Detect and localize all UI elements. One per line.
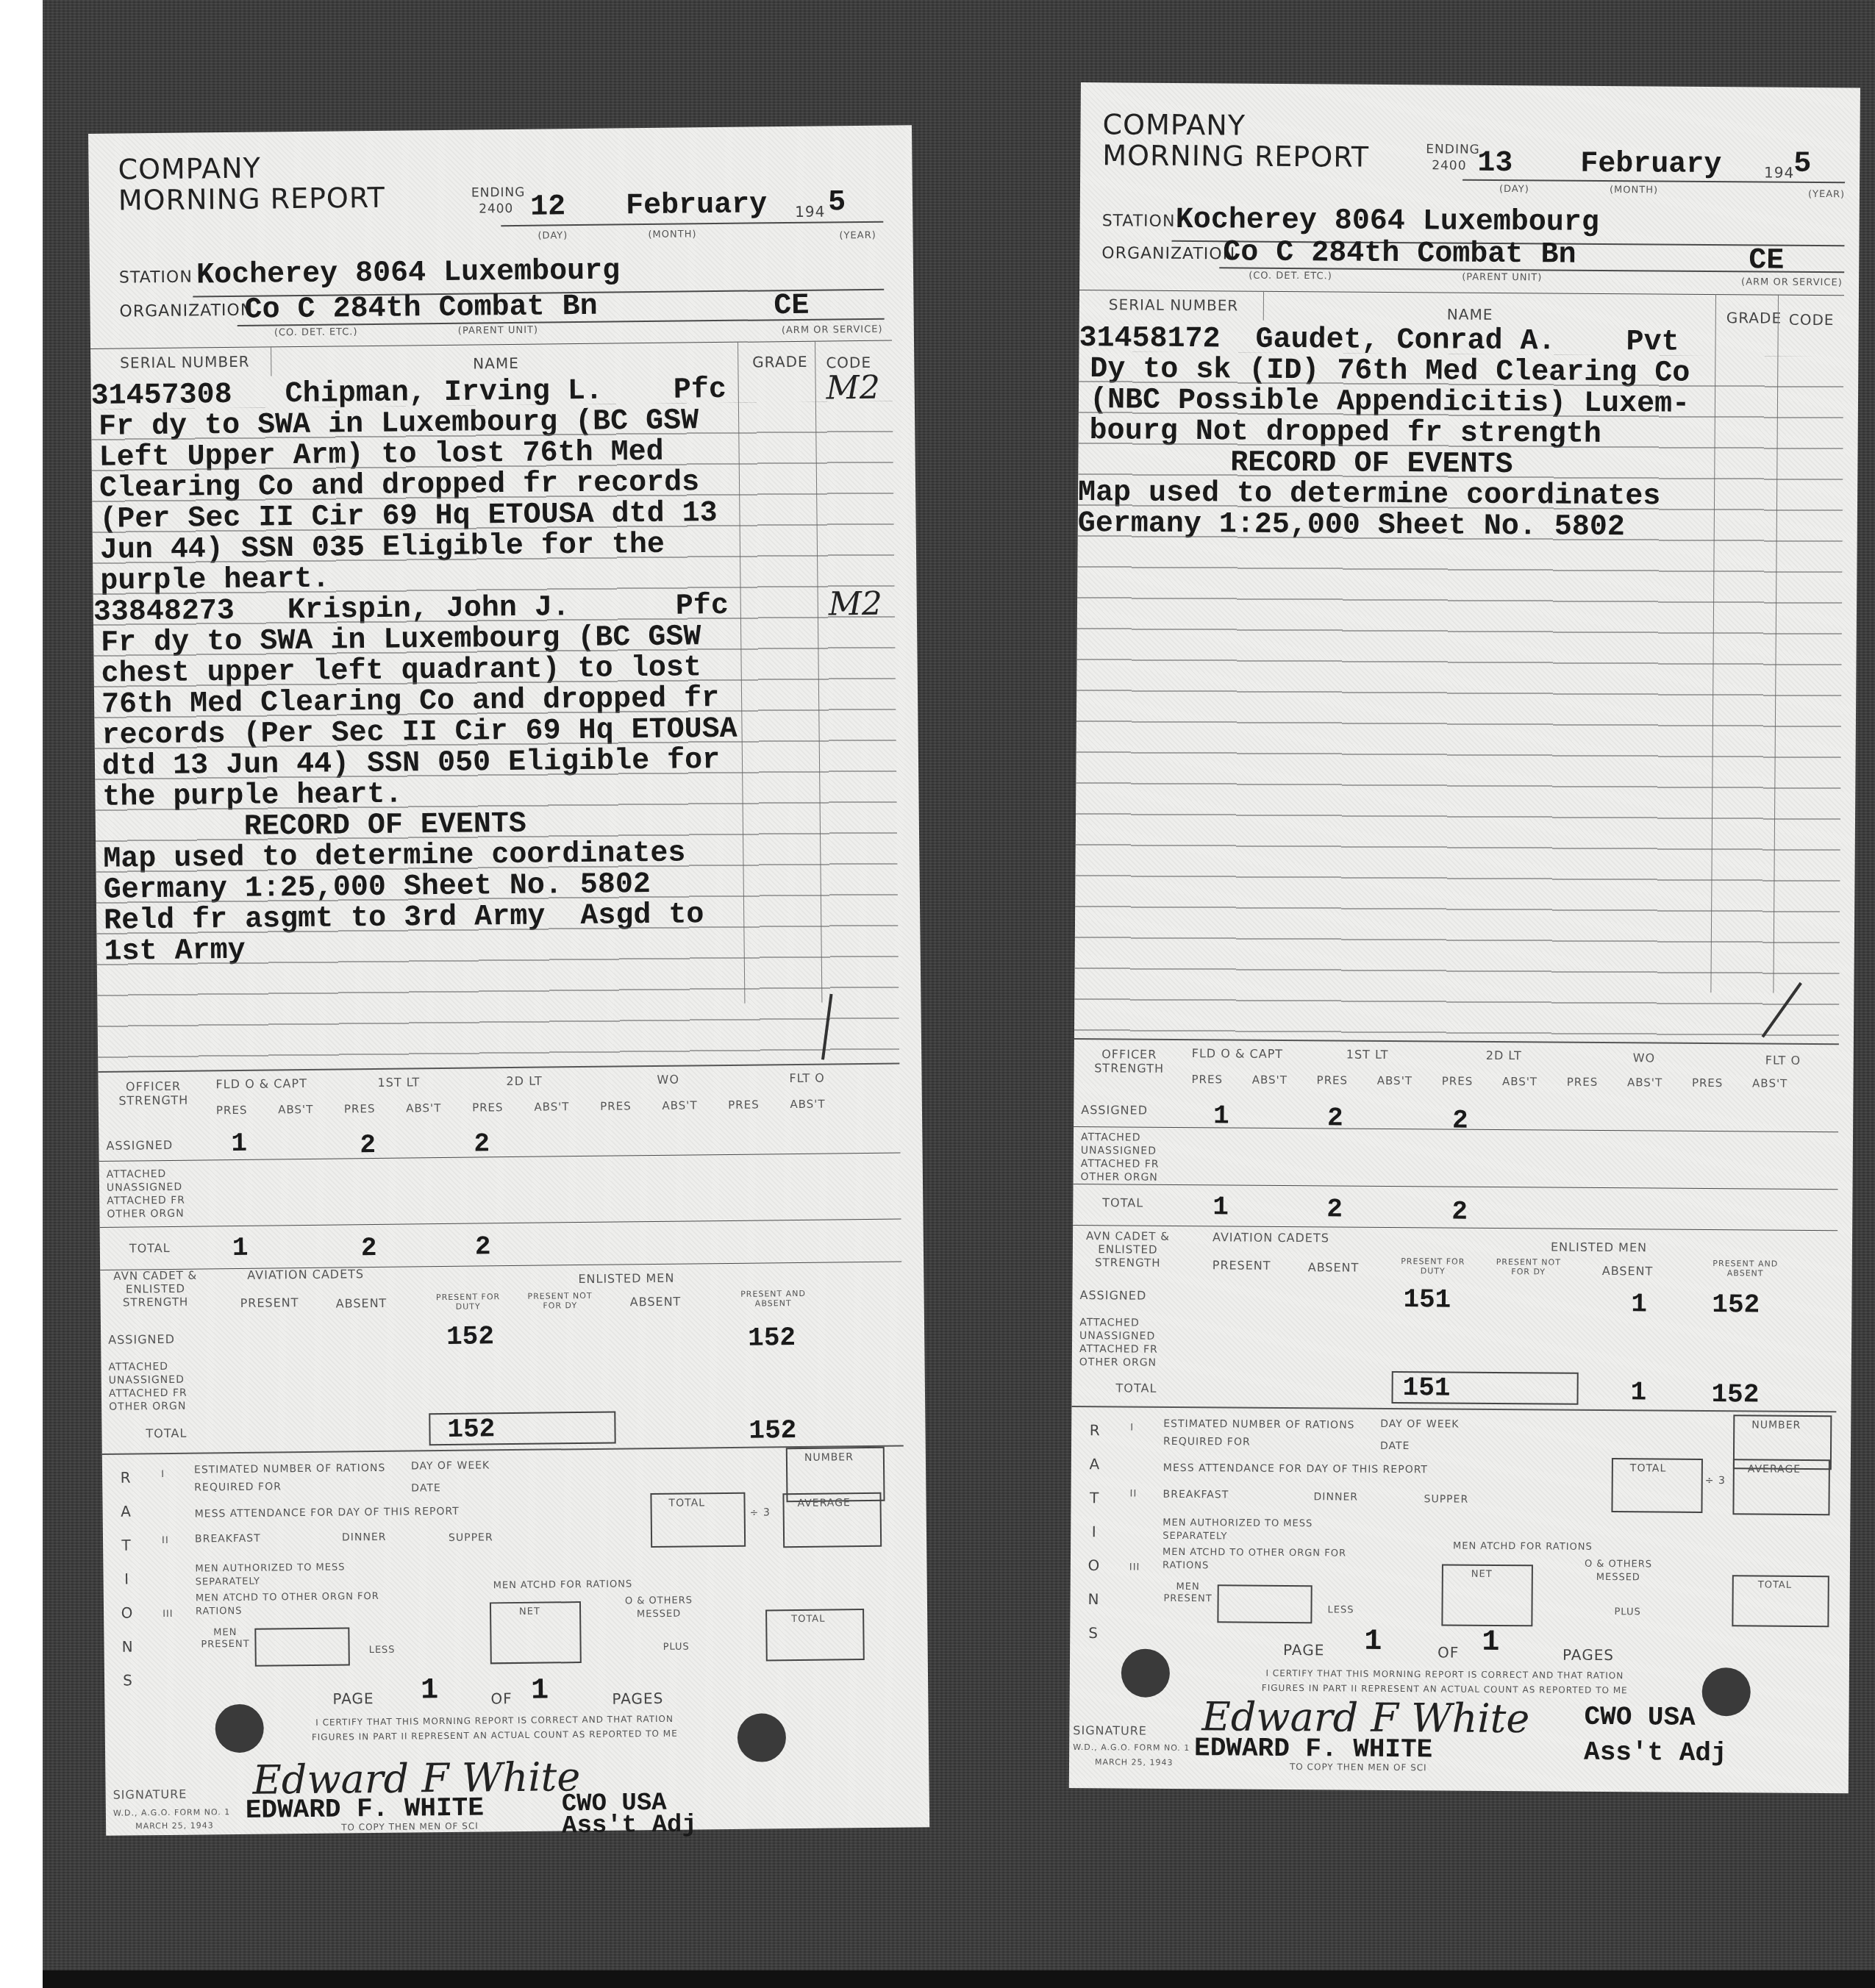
of-label: OF — [490, 1690, 512, 1707]
col-name: NAME — [1447, 305, 1493, 323]
number-label: NUMBER — [804, 1451, 854, 1464]
rations-section: RATIONS I II III ESTIMATED NUMBER OF RAT… — [1070, 1406, 1836, 1626]
page-number: 1 — [421, 1674, 438, 1707]
dinner-label: DINNER — [342, 1531, 387, 1544]
row-assigned-label: ASSIGNED — [1081, 1103, 1148, 1118]
punch-hole — [1702, 1667, 1751, 1716]
average-label: AVERAGE — [1748, 1463, 1801, 1476]
date-label: DATE — [1380, 1440, 1410, 1452]
col-present-and-absent: PRESENT AND ABSENT — [733, 1289, 814, 1309]
of-label: OF — [1437, 1643, 1459, 1661]
mess-total-label: TOTAL — [668, 1497, 705, 1509]
enl-row-assigned-label: ASSIGNED — [1079, 1288, 1146, 1303]
o-others-messed-label: O & OTHERS MESSED — [611, 1594, 707, 1621]
rations-section-i: I — [1130, 1423, 1134, 1434]
year-prefix: 194 — [795, 203, 825, 221]
col-name: NAME — [473, 354, 519, 373]
ending-label: ENDING — [471, 185, 526, 201]
morning-report-card-feb-12: COMPANY MORNING REPORT ENDING 2400 12 Fe… — [88, 125, 929, 1836]
supper-label: SUPPER — [1424, 1493, 1469, 1505]
rations-total-label: TOTAL — [791, 1614, 825, 1625]
day-of-week-label: DAY OF WEEK — [1380, 1418, 1459, 1431]
punch-hole — [215, 1704, 264, 1753]
enl-row-attached-label: ATTACHED UNASSIGNED ATTACHED FR OTHER OR… — [1079, 1316, 1190, 1370]
org-caption-unit: (CO. DET. ETC.) — [274, 326, 358, 338]
col-serial-number: SERIAL NUMBER — [120, 353, 250, 372]
rations-total-label: TOTAL — [1758, 1579, 1792, 1590]
col-present-not-for-dy: PRESENT NOT FOR DY — [1492, 1257, 1565, 1277]
punch-hole — [1121, 1648, 1170, 1697]
ending-label: ENDING — [1426, 142, 1480, 157]
officer-assigned-2lt-pres: 2 — [1452, 1106, 1468, 1136]
year-caption: (YEAR) — [839, 230, 876, 242]
organization-value: Co C 284th Combat Bn — [1223, 236, 1576, 271]
row-total-label: TOTAL — [1102, 1195, 1143, 1209]
estimated-rations-label: ESTIMATED NUMBER OF RATIONS REQUIRED FOR — [1163, 1415, 1369, 1452]
day-of-week-label: DAY OF WEEK — [411, 1459, 490, 1472]
mess-total-label: TOTAL — [1630, 1462, 1667, 1474]
enl-assigned-present-for-duty: 152 — [446, 1321, 494, 1352]
group-wo: WO — [657, 1073, 679, 1087]
pages-label: PAGES — [1562, 1646, 1614, 1664]
enlisted-strength-table: AVN CADET & ENLISTED STRENGTH AVIATION C… — [100, 1262, 904, 1450]
year-caption: (YEAR) — [1808, 189, 1845, 200]
supper-label: SUPPER — [449, 1531, 493, 1544]
signer-caption: TO COPY THEN MEN OF SCI — [341, 1821, 479, 1833]
group-2d-lt: 2D LT — [1486, 1048, 1522, 1062]
men-present-label: MEN PRESENT — [1162, 1581, 1214, 1605]
rations-side-label: RATIONS — [118, 1460, 135, 1697]
day-caption: (DAY) — [537, 230, 568, 241]
organization-label: ORGANIZATION — [1101, 244, 1235, 263]
plus-label: PLUS — [1614, 1606, 1640, 1617]
page-number: 1 — [1364, 1626, 1382, 1659]
group-wo: WO — [1633, 1051, 1656, 1065]
enlisted-strength-header: AVN CADET & ENLISTED STRENGTH — [107, 1268, 204, 1309]
enlisted-men-header: ENLISTED MEN — [578, 1271, 674, 1286]
men-authorized-label: MEN AUTHORIZED TO MESS SEPARATELY — [195, 1561, 386, 1590]
men-present-label: MEN PRESENT — [199, 1627, 251, 1651]
enl-total-present-and-absent: 152 — [749, 1415, 796, 1446]
officer-assigned-fld-pres: 1 — [231, 1129, 247, 1159]
less-label: LESS — [1327, 1604, 1354, 1615]
col-absent: ABSENT — [336, 1296, 387, 1311]
col-present: PRESENT — [240, 1295, 299, 1310]
enl-assigned-absent: 1 — [1631, 1289, 1647, 1319]
row-assigned-label: ASSIGNED — [106, 1138, 173, 1153]
o-others-messed-label: O & OTHERS MESSED — [1571, 1558, 1666, 1585]
men-atchd-other-label: MEN ATCHD TO OTHER ORGN FOR RATIONS — [196, 1590, 387, 1619]
form-date: MARCH 25, 1943 — [1095, 1757, 1174, 1767]
arm-or-service: CE — [1749, 244, 1784, 277]
arm-or-service: CE — [774, 290, 809, 323]
rations-section-ii: II — [162, 1535, 169, 1546]
signer-name: EDWARD F. WHITE — [1194, 1733, 1432, 1764]
month-caption: (MONTH) — [1610, 185, 1658, 196]
report-year-digit: 5 — [1793, 148, 1811, 181]
station-label: STATION — [1102, 212, 1176, 231]
enl-row-total-label: TOTAL — [146, 1426, 187, 1441]
form-date: MARCH 25, 1943 — [135, 1820, 214, 1831]
punch-hole — [737, 1713, 787, 1762]
enlisted-men-header: ENLISTED MEN — [1551, 1240, 1647, 1254]
officer-total-2lt-pres: 2 — [1451, 1197, 1468, 1227]
divide-by-three: ÷ 3 — [1705, 1475, 1726, 1487]
pres-abst-subheaders: PRES ABS'T PRES ABS'T PRES ABS'T PRES AB… — [216, 1098, 826, 1118]
mess-attendance-label: MESS ATTENDANCE FOR DAY OF THIS REPORT — [195, 1506, 460, 1520]
net-label: NET — [1471, 1569, 1493, 1580]
men-atchd-for-rations-label: MEN ATCHD FOR RATIONS — [1453, 1541, 1593, 1553]
rations-section-ii: II — [1130, 1489, 1137, 1500]
row-attached-label: ATTACHED UNASSIGNED ATTACHED FR OTHER OR… — [1081, 1131, 1191, 1184]
rations-section-iii: III — [1129, 1562, 1140, 1573]
group-fld-o-capt: FLD O & CAPT — [1192, 1046, 1283, 1061]
month-caption: (MONTH) — [648, 229, 696, 240]
signer-title: Ass't Adj — [562, 1811, 697, 1840]
men-atchd-for-rations-label: MEN ATCHD FOR RATIONS — [493, 1578, 633, 1591]
men-present-box — [254, 1627, 350, 1666]
breakfast-label: BREAKFAST — [1163, 1489, 1229, 1501]
ending-time: 2400 — [479, 201, 513, 216]
org-caption-arm: (ARM OR SERVICE) — [1741, 276, 1843, 288]
mess-attendance-label: MESS ATTENDANCE FOR DAY OF THIS REPORT — [1163, 1462, 1428, 1476]
form-title-company: COMPANY — [118, 153, 261, 185]
group-1st-lt: 1ST LT — [377, 1075, 420, 1090]
rations-section-iii: III — [162, 1609, 174, 1620]
officer-total-fld-pres: 1 — [232, 1233, 249, 1263]
report-month: February — [1580, 148, 1721, 182]
men-authorized-label: MEN AUTHORIZED TO MESS SEPARATELY — [1162, 1517, 1354, 1545]
morning-report-card-feb-13: COMPANY MORNING REPORT ENDING 2400 13 Fe… — [1069, 82, 1860, 1793]
dinner-label: DINNER — [1314, 1491, 1359, 1503]
total-pages: 1 — [531, 1675, 549, 1708]
col-present-not-for-dy: PRESENT NOT FOR DY — [524, 1291, 597, 1311]
year-prefix: 194 — [1764, 163, 1794, 181]
form-title-company: COMPANY — [1102, 109, 1246, 140]
col-present-and-absent: PRESENT AND ABSENT — [1705, 1259, 1786, 1279]
col-grade: GRADE — [1726, 309, 1782, 327]
officer-strength-header: OFFICER STRENGTH — [1082, 1047, 1177, 1076]
enl-total-present-and-absent: 152 — [1711, 1379, 1759, 1409]
report-day: 12 — [530, 190, 565, 224]
group-1st-lt: 1ST LT — [1346, 1048, 1389, 1062]
pages-label: PAGES — [612, 1690, 663, 1708]
group-2d-lt: 2D LT — [506, 1074, 542, 1089]
officer-total-1lt-pres: 2 — [361, 1233, 377, 1263]
org-caption-parent: (PARENT UNIT) — [458, 325, 538, 337]
enl-assigned-present-and-absent: 152 — [748, 1323, 796, 1354]
org-caption-parent: (PARENT UNIT) — [1462, 272, 1542, 284]
aviation-cadets-header: AVIATION CADETS — [247, 1267, 364, 1282]
officer-total-2lt-pres: 2 — [475, 1231, 491, 1262]
officer-strength-header: OFFICER STRENGTH — [105, 1079, 201, 1107]
col-serial-number: SERIAL NUMBER — [1109, 296, 1239, 314]
col-present: PRESENT — [1212, 1258, 1271, 1273]
enl-row-total-label: TOTAL — [1116, 1381, 1157, 1395]
report-month: February — [626, 188, 767, 223]
entries-block: 31457308 Chipman, Irving L. Pfc Fr dy to… — [91, 372, 893, 380]
org-caption-unit: (CO. DET. ETC.) — [1249, 271, 1332, 282]
page-label: PAGE — [332, 1690, 374, 1708]
estimated-rations-label: ESTIMATED NUMBER OF RATIONS REQUIRED FOR — [194, 1459, 400, 1497]
day-caption: (DAY) — [1499, 184, 1529, 195]
enl-row-attached-label: ATTACHED UNASSIGNED ATTACHED FR OTHER OR… — [108, 1359, 219, 1414]
row-attached-label: ATTACHED UNASSIGNED ATTACHED FR OTHER OR… — [107, 1167, 218, 1221]
certification-text: I CERTIFY THAT THIS MORNING REPORT IS CO… — [311, 1712, 679, 1745]
signature-label: SIGNATURE — [113, 1787, 187, 1802]
enl-assigned-present-for-duty: 151 — [1403, 1284, 1451, 1315]
signer-title: Ass't Adj — [1584, 1737, 1727, 1768]
col-present-for-duty: PRESENT FOR DUTY — [432, 1292, 505, 1312]
col-grade: GRADE — [752, 353, 808, 371]
men-present-box — [1217, 1584, 1312, 1623]
group-fld-o-capt: FLD O & CAPT — [215, 1076, 307, 1091]
enl-row-assigned-label: ASSIGNED — [108, 1332, 175, 1347]
total-pages: 1 — [1482, 1626, 1499, 1659]
number-label: NUMBER — [1751, 1419, 1801, 1431]
date-label: DATE — [411, 1482, 441, 1494]
form-title-morning-report: MORNING REPORT — [118, 182, 385, 216]
rations-section: RATIONS I II III ESTIMATED NUMBER OF RAT… — [102, 1445, 906, 1664]
enl-total-present-for-duty: 151 — [1402, 1373, 1450, 1403]
form-number: W.D., A.G.O. FORM NO. 1 — [113, 1807, 230, 1818]
col-enl-absent: ABSENT — [630, 1295, 682, 1309]
signer-caption: TO COPY THEN MEN OF SCI — [1290, 1762, 1427, 1773]
less-label: LESS — [369, 1645, 396, 1656]
rations-side-label: RATIONS — [1086, 1413, 1102, 1650]
organization-label: ORGANIZATION — [119, 301, 253, 321]
org-caption-arm: (ARM OR SERVICE) — [782, 324, 883, 336]
station-value: Kocherey 8064 Luxembourg — [1176, 204, 1599, 240]
officer-assigned-fld-pres: 1 — [1213, 1101, 1229, 1131]
officer-total-1lt-pres: 2 — [1326, 1194, 1343, 1224]
form-title-morning-report: MORNING REPORT — [1102, 140, 1369, 173]
col-enl-absent: ABSENT — [1602, 1264, 1654, 1278]
enl-total-present-for-duty: 152 — [447, 1414, 495, 1445]
officer-assigned-1lt-pres: 2 — [360, 1130, 376, 1160]
col-present-for-duty: PRESENT FOR DUTY — [1396, 1256, 1470, 1276]
enlisted-strength-header: AVN CADET & ENLISTED STRENGTH — [1080, 1229, 1176, 1270]
col-code: CODE — [1789, 311, 1835, 329]
station-label: STATION — [119, 268, 193, 287]
certification-text: I CERTIFY THAT THIS MORNING REPORT IS CO… — [1261, 1666, 1629, 1698]
officer-total-fld-pres: 1 — [1212, 1192, 1229, 1222]
enl-assigned-present-and-absent: 152 — [1712, 1290, 1760, 1320]
ending-time: 2400 — [1432, 158, 1466, 173]
col-absent: ABSENT — [1308, 1260, 1360, 1274]
report-day: 13 — [1477, 147, 1512, 180]
report-year-digit: 5 — [828, 186, 846, 219]
row-total-label: TOTAL — [129, 1241, 171, 1256]
officer-assigned-2lt-pres: 2 — [474, 1129, 490, 1159]
page-label: PAGE — [1283, 1641, 1324, 1659]
divide-by-three: ÷ 3 — [750, 1506, 771, 1518]
scan-bottom-edge — [43, 1970, 1875, 1988]
signer-rank: CWO USA — [1584, 1702, 1696, 1733]
aviation-cadets-header: AVIATION CADETS — [1212, 1230, 1329, 1245]
signature-label: SIGNATURE — [1073, 1723, 1147, 1738]
pres-abst-subheaders: PRES ABS'T PRES ABS'T PRES ABS'T PRES AB… — [1191, 1073, 1788, 1090]
rations-section-i: I — [161, 1469, 165, 1480]
station-value: Kocherey 8064 Luxembourg — [196, 254, 621, 292]
enlisted-strength-table: AVN CADET & ENLISTED STRENGTH AVIATION C… — [1071, 1229, 1838, 1411]
form-number: W.D., A.G.O. FORM NO. 1 — [1073, 1742, 1190, 1753]
group-flt-o: FLT O — [789, 1071, 825, 1086]
enl-total-absent: 1 — [1630, 1377, 1646, 1407]
plus-label: PLUS — [663, 1642, 690, 1653]
men-atchd-other-label: MEN ATCHD TO OTHER ORGN FOR RATIONS — [1162, 1546, 1354, 1574]
average-label: AVERAGE — [797, 1497, 850, 1509]
net-label: NET — [519, 1606, 540, 1617]
breakfast-label: BREAKFAST — [195, 1533, 261, 1545]
group-flt-o: FLT O — [1765, 1054, 1801, 1068]
officer-strength-table: OFFICER STRENGTH FLD O & CAPT 1ST LT 2D … — [1073, 1038, 1839, 1236]
